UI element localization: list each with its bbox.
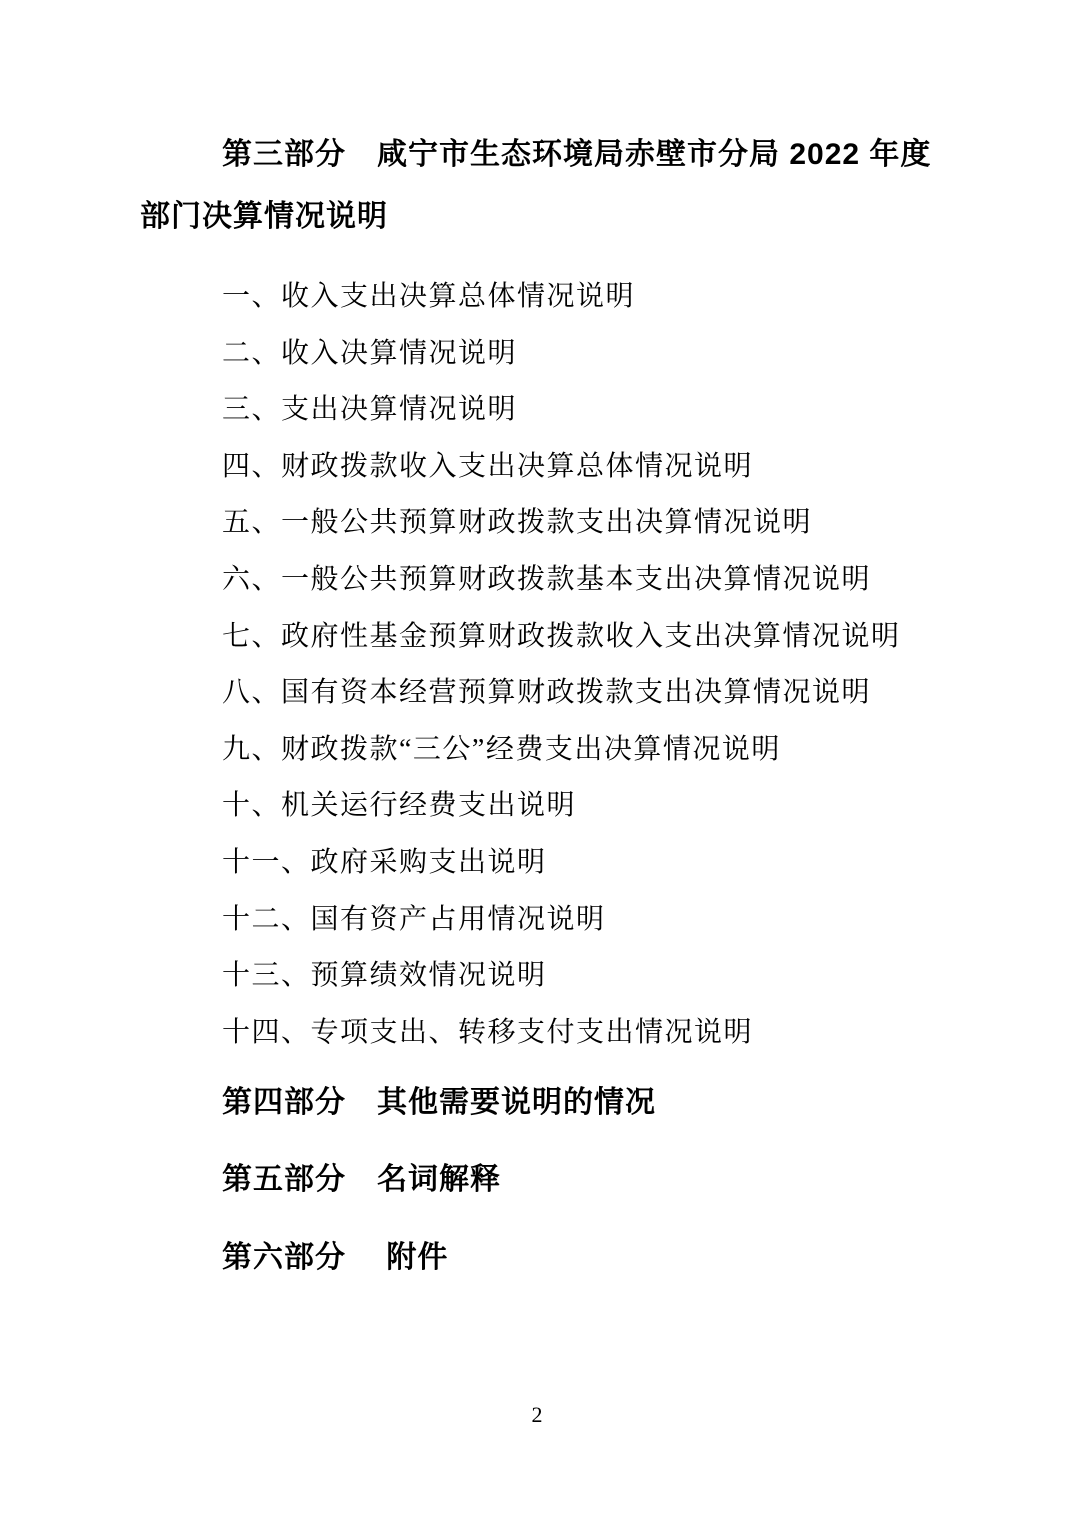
toc-list: 一、收入支出决算总体情况说明 二、收入决算情况说明 三、支出决算情况说明 四、财… (140, 269, 954, 1061)
toc-item-3: 三、支出决算情况说明 (140, 382, 954, 439)
toc-item-14: 十四、专项支出、转移支付支出情况说明 (140, 1005, 954, 1062)
toc-item-1: 一、收入支出决算总体情况说明 (140, 269, 954, 326)
part4-heading: 第四部分 其他需要说明的情况 (140, 1083, 954, 1123)
toc-item-12: 十二、国有资产占用情况说明 (140, 892, 954, 949)
part6-heading: 第六部分 附件 (140, 1238, 954, 1278)
toc-item-6: 六、一般公共预算财政拨款基本支出决算情况说明 (140, 552, 954, 609)
toc-item-5: 五、一般公共预算财政拨款支出决算情况说明 (140, 495, 954, 552)
toc-item-2: 二、收入决算情况说明 (140, 326, 954, 383)
toc-item-10: 十、机关运行经费支出说明 (140, 778, 954, 835)
part3-heading: 第三部分 咸宁市生态环境局赤壁市分局 2022 年度部门决算情况说明 (140, 124, 944, 248)
part5-heading: 第五部分 名词解释 (140, 1160, 954, 1200)
toc-item-13: 十三、预算绩效情况说明 (140, 948, 954, 1005)
toc-item-11: 十一、政府采购支出说明 (140, 835, 954, 892)
page-number: 2 (0, 1402, 1074, 1428)
toc-item-9: 九、财政拨款“三公”经费支出决算情况说明 (140, 722, 954, 779)
toc-item-4: 四、财政拨款收入支出决算总体情况说明 (140, 439, 954, 496)
toc-item-8: 八、国有资本经营预算财政拨款支出决算情况说明 (140, 665, 954, 722)
document-page: 第三部分 咸宁市生态环境局赤壁市分局 2022 年度部门决算情况说明 一、收入支… (0, 0, 1074, 1520)
toc-item-7: 七、政府性基金预算财政拨款收入支出决算情况说明 (140, 609, 954, 666)
